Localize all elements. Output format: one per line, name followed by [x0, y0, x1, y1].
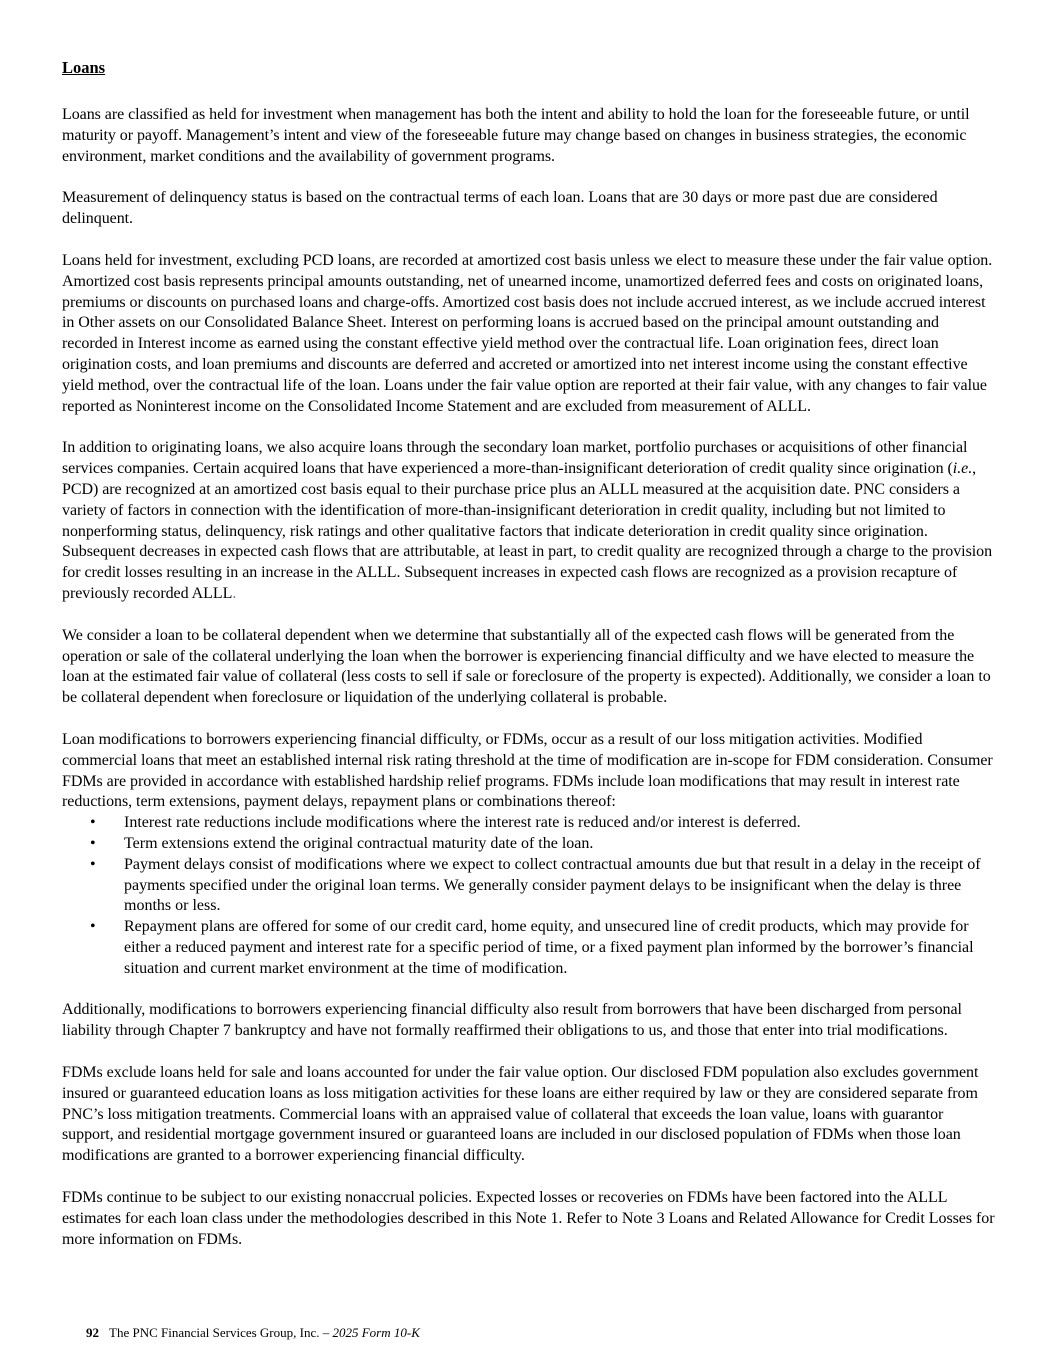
pcd-text-after: , PCD) are recognized at an amortized co… [62, 460, 992, 602]
list-item: •Interest rate reductions include modifi… [62, 813, 997, 834]
paragraph-held-for-investment: Loans are classified as held for investm… [62, 105, 997, 167]
bullet-icon: • [90, 917, 96, 938]
paragraph-fdm-exclusions: FDMs exclude loans held for sale and loa… [62, 1063, 997, 1167]
paragraph-collateral-dependent: We consider a loan to be collateral depe… [62, 626, 997, 709]
footer-form: 2025 Form 10-K [332, 1325, 419, 1340]
pcd-end-dot: . [232, 585, 236, 602]
list-item: •Payment delays consist of modifications… [62, 855, 997, 917]
bullet-icon: • [90, 855, 96, 876]
footer-company: The PNC Financial Services Group, Inc. – [109, 1325, 332, 1340]
list-item: •Term extensions extend the original con… [62, 834, 997, 855]
bullet-icon: • [90, 813, 96, 834]
paragraph-delinquency: Measurement of delinquency status is bas… [62, 188, 997, 230]
list-item-text: Payment delays consist of modifications … [124, 856, 981, 915]
paragraph-fdm-nonaccrual: FDMs continue to be subject to our exist… [62, 1188, 997, 1250]
paragraph-bankruptcy: Additionally, modifications to borrowers… [62, 1000, 997, 1042]
document-page: Loans Loans are classified as held for i… [62, 58, 997, 1271]
paragraph-amortized-cost: Loans held for investment, excluding PCD… [62, 251, 997, 417]
page-footer: 92The PNC Financial Services Group, Inc.… [86, 1325, 420, 1341]
list-item-text: Interest rate reductions include modific… [124, 814, 801, 831]
paragraph-pcd-loans: In addition to originating loans, we als… [62, 438, 997, 604]
page-number: 92 [86, 1325, 99, 1340]
section-heading: Loans [62, 58, 997, 78]
list-item-text: Repayment plans are offered for some of … [124, 918, 974, 977]
list-item-text: Term extensions extend the original cont… [124, 835, 593, 852]
pcd-ie: i.e. [953, 460, 972, 477]
fdm-bullet-list: •Interest rate reductions include modifi… [62, 813, 997, 979]
bullet-icon: • [90, 834, 96, 855]
list-item: •Repayment plans are offered for some of… [62, 917, 997, 979]
pcd-text-before: In addition to originating loans, we als… [62, 439, 967, 477]
paragraph-fdm-intro: Loan modifications to borrowers experien… [62, 730, 997, 813]
